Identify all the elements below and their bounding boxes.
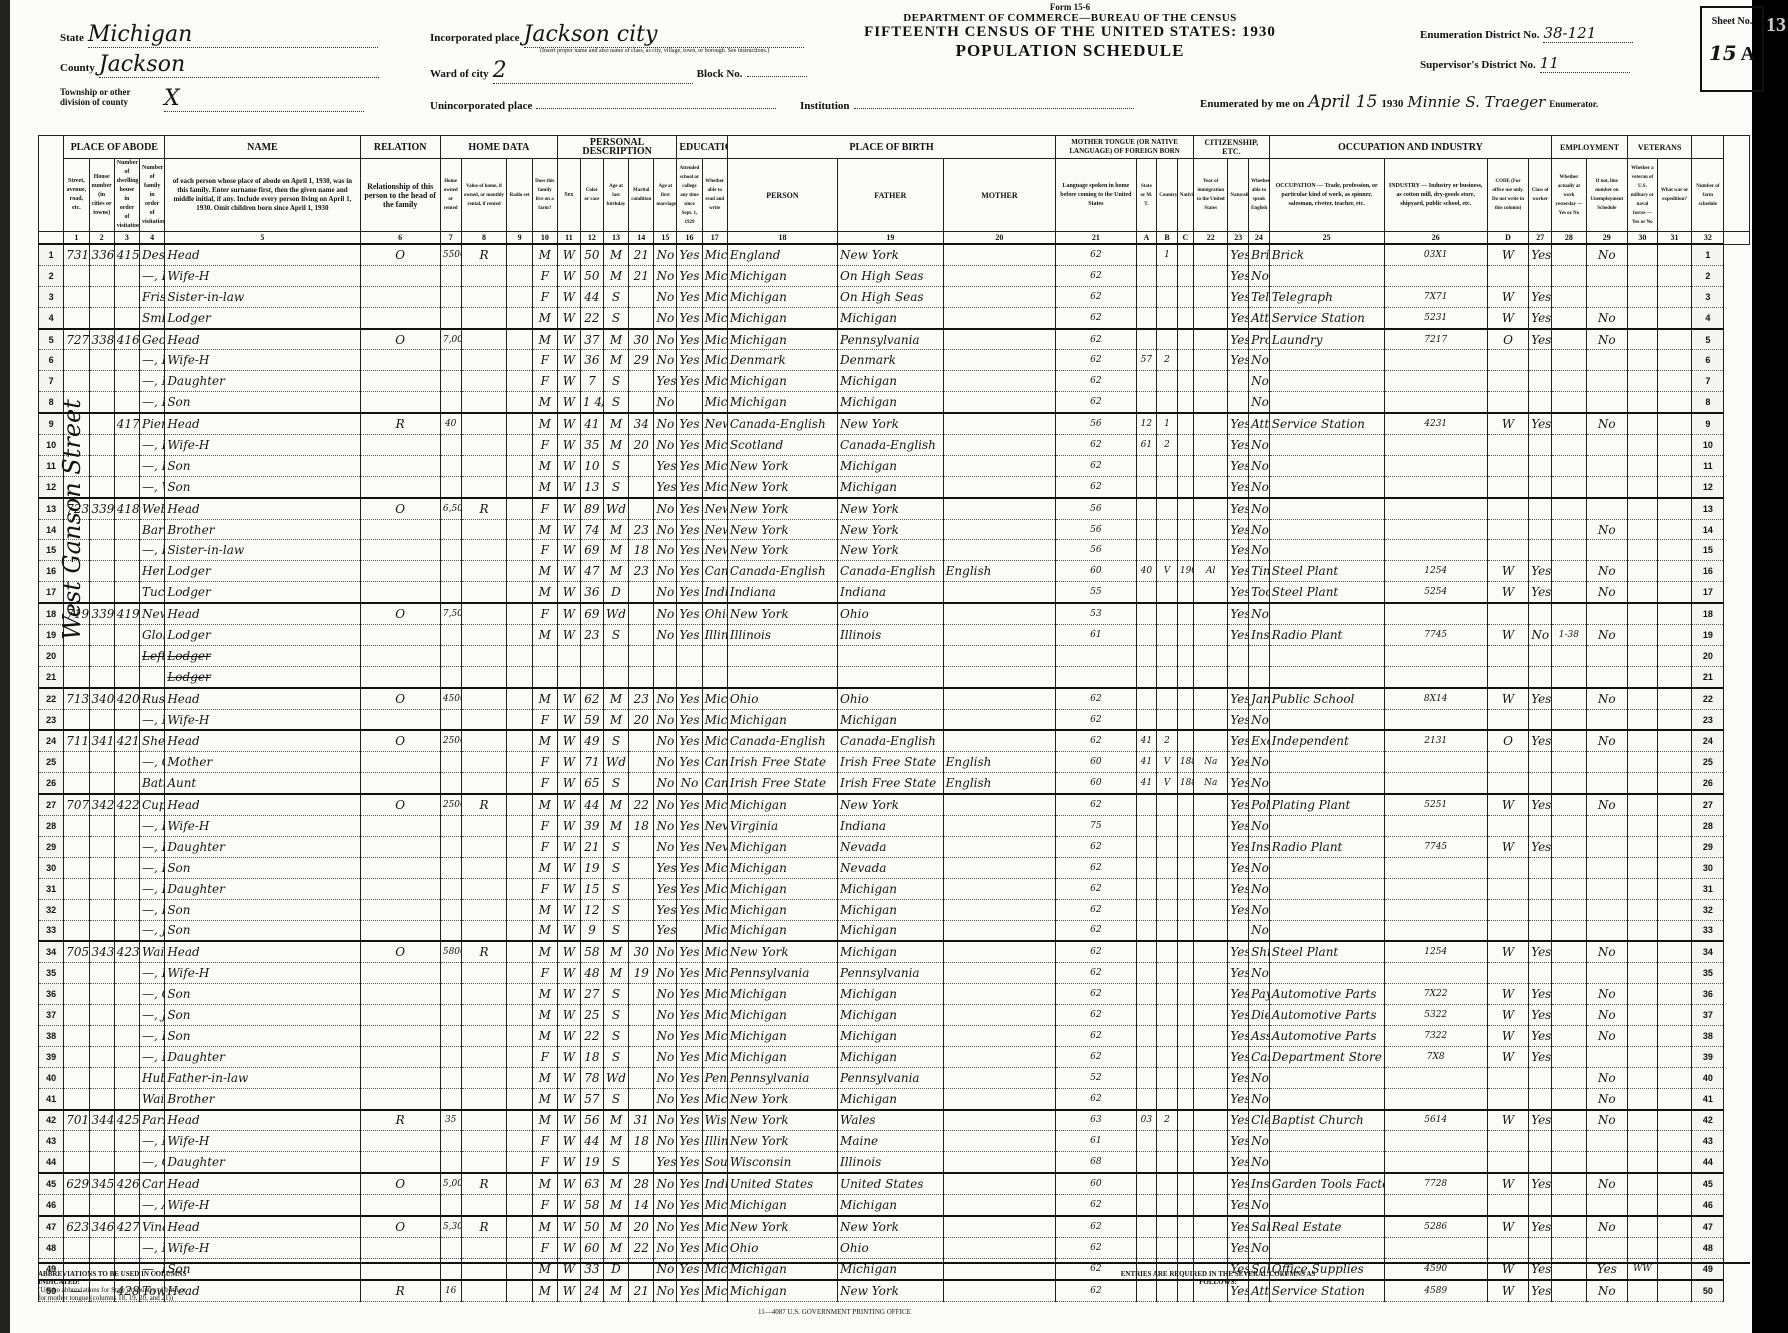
- cell-immig: [1177, 836, 1193, 857]
- cell-school: [654, 645, 677, 666]
- cell-english: Yes: [1228, 540, 1249, 561]
- cell-natur: [1193, 603, 1227, 624]
- cell-relation: Son: [165, 1005, 360, 1026]
- cell-code-b: [1136, 1131, 1157, 1152]
- cell-birth-mother: Michigan: [838, 709, 944, 730]
- cell-race: W: [557, 730, 580, 751]
- line-number: 33: [39, 920, 64, 941]
- table-row: 17Tucker, RalphLodgerMW36DNoYesIndianaIn…: [39, 582, 1750, 603]
- cell-war: [1627, 773, 1657, 794]
- cell-code-b: [1136, 941, 1157, 962]
- cell-age: 63: [580, 1173, 603, 1194]
- cell-code-b: [1136, 392, 1157, 413]
- cell-name: Vinal, Victor T.: [140, 1216, 165, 1237]
- ed-label: Enumeration District No.: [1420, 29, 1539, 41]
- cell-dwelling: [89, 1005, 114, 1026]
- line-number: 26: [39, 773, 64, 794]
- cell-farm: [507, 498, 532, 519]
- cell-natur: [1193, 984, 1227, 1005]
- cell-radio: [461, 329, 507, 350]
- line-number: 40: [39, 1067, 64, 1088]
- cell-farm: [507, 1025, 532, 1046]
- cell-owned: [360, 392, 440, 413]
- line-number-right: 21: [1692, 666, 1724, 687]
- cell-marital: S: [603, 773, 628, 794]
- cell-war: [1627, 1088, 1657, 1109]
- cell-birth-mother: Michigan: [838, 307, 944, 328]
- line-number-right: 19: [1692, 625, 1724, 646]
- cell-class: W: [1487, 582, 1528, 603]
- cell-class: [1487, 920, 1528, 941]
- colno: 19: [838, 232, 944, 245]
- cell-owned: O: [360, 688, 440, 709]
- table-row: 15—, Emma E.Sister-in-lawFW69M18NoYesNew…: [39, 540, 1750, 561]
- cell-dwelling: [89, 265, 114, 286]
- cell-age-marr: 20: [629, 709, 654, 730]
- cell-birth-person: Michigan: [702, 794, 727, 815]
- col-sex: Sex: [557, 159, 580, 232]
- cell-occupation: Timekeeper: [1249, 561, 1270, 582]
- cell-language: [943, 392, 1056, 413]
- cell-dwelling: 342: [89, 794, 114, 815]
- cell-class: [1487, 645, 1528, 666]
- table-row: 33—, Jack M.SonMW9SYesMichiganMichiganMi…: [39, 920, 1750, 941]
- cell-farm-sched: [1657, 307, 1691, 328]
- cell-radio: [461, 1046, 507, 1067]
- cell-farm: [507, 920, 532, 941]
- cell-veteran: [1586, 666, 1627, 687]
- cell-birth-mother: Indiana: [838, 582, 944, 603]
- cell-english: Yes: [1228, 1237, 1249, 1258]
- table-row: 47623346427Vinal, Victor T.HeadO5,300RMW…: [39, 1216, 1750, 1237]
- cell-age-marr: 29: [629, 350, 654, 371]
- col-veteran: Whether a veteran of U.S. military or na…: [1627, 159, 1657, 232]
- cell-age: 78: [580, 1067, 603, 1088]
- cell-code-b: [1136, 709, 1157, 730]
- cell-owned: O: [360, 1173, 440, 1194]
- cell-birth-mother: Wales: [838, 1110, 944, 1131]
- cell-immig: [1177, 519, 1193, 540]
- cell-farm: [507, 666, 532, 687]
- cell-age-marr: 28: [629, 1173, 654, 1194]
- cell-birth-father: Indiana: [727, 582, 837, 603]
- cell-code-b: [1136, 286, 1157, 307]
- cell-radio: [461, 455, 507, 476]
- cell-industry: [1269, 455, 1384, 476]
- cell-school: No: [654, 350, 677, 371]
- cell-code-c: [1157, 1195, 1178, 1216]
- cell-race: W: [557, 392, 580, 413]
- cell-value: [440, 265, 461, 286]
- cell-industry: [1269, 265, 1384, 286]
- colno: 17: [702, 232, 727, 245]
- cell-occupation: Telephone Clerk: [1249, 286, 1270, 307]
- line-number: 39: [39, 1046, 64, 1067]
- cell-house: [64, 1237, 89, 1258]
- table-row: 1731336415Desbyshire, JeromeHeadO5500RMW…: [39, 244, 1750, 265]
- cell-birth-mother: Michigan: [838, 392, 944, 413]
- cell-age-marr: [629, 603, 654, 624]
- cell-relation: Wife-H: [165, 1131, 360, 1152]
- cell-english: Yes: [1228, 963, 1249, 984]
- cell-birth-father: New York: [727, 519, 837, 540]
- cell-language: [943, 265, 1056, 286]
- sheet-side: A: [1741, 43, 1755, 65]
- cell-school: No: [654, 519, 677, 540]
- cell-birth-father: Michigan: [727, 794, 837, 815]
- cell-industry: Public School: [1269, 688, 1384, 709]
- state-field: State Michigan: [60, 22, 400, 48]
- cell-natur: [1193, 836, 1227, 857]
- cell-industry: Steel Plant: [1269, 941, 1384, 962]
- cell-industry: [1269, 1088, 1384, 1109]
- cell-radio: [461, 709, 507, 730]
- cell-relation: Daughter: [165, 371, 360, 392]
- cell-code-d: [1384, 963, 1487, 984]
- cell-age: 22: [580, 1025, 603, 1046]
- cell-industry: Telegraph: [1269, 286, 1384, 307]
- cell-english: [1228, 666, 1249, 687]
- line-number-right: 45: [1692, 1173, 1724, 1194]
- cell-age: 69: [580, 603, 603, 624]
- cell-birth-person: [702, 645, 727, 666]
- cell-occupation: None: [1249, 709, 1270, 730]
- cell-code-a: 56: [1056, 413, 1136, 434]
- cell-english: Yes: [1228, 329, 1249, 350]
- cell-immig: [1177, 1005, 1193, 1026]
- cell-marital: S: [603, 1025, 628, 1046]
- cell-unemp: [1552, 899, 1586, 920]
- cell-owned: O: [360, 329, 440, 350]
- cell-code-a: 62: [1056, 878, 1136, 899]
- cell-birth-mother: United States: [838, 1173, 944, 1194]
- cell-industry: Steel Plant: [1269, 582, 1384, 603]
- cell-radio: [461, 476, 507, 497]
- cell-age-marr: 18: [629, 1131, 654, 1152]
- cell-read: Yes: [677, 984, 702, 1005]
- line-number: 3: [39, 286, 64, 307]
- cell-code-d: 7X71: [1384, 286, 1487, 307]
- cell-birth-father: Michigan: [727, 920, 837, 941]
- cell-language: [943, 816, 1056, 837]
- cell-value: 4500: [440, 688, 461, 709]
- cell-name: —, Mabel M.: [140, 1046, 165, 1067]
- cell-age-marr: [629, 392, 654, 413]
- cell-name: —, Jack M.: [140, 920, 165, 941]
- line-number-right: 3: [1692, 286, 1724, 307]
- cell-dwelling: [89, 582, 114, 603]
- cell-dwelling: [89, 392, 114, 413]
- cell-birth-person: Canada-English: [702, 752, 727, 773]
- cell-family: 425: [114, 1110, 139, 1131]
- line-number-right: 28: [1692, 816, 1724, 837]
- cell-immig: [1177, 1088, 1193, 1109]
- cell-age: 60: [580, 1237, 603, 1258]
- cell-birth-father: Irish Free State: [727, 752, 837, 773]
- cell-occupation: Attendant: [1249, 413, 1270, 434]
- cell-radio: [461, 752, 507, 773]
- cell-code-b: [1136, 625, 1157, 646]
- cell-farm-sched: [1657, 519, 1691, 540]
- cell-relation: Brother: [165, 519, 360, 540]
- cell-war: [1627, 413, 1657, 434]
- line-number-right: 13: [1692, 498, 1724, 519]
- cell-immig: [1177, 899, 1193, 920]
- cell-marital: S: [603, 392, 628, 413]
- cell-class: [1487, 752, 1528, 773]
- cell-owned: [360, 540, 440, 561]
- cell-code-b: [1136, 1046, 1157, 1067]
- cell-farm: [507, 603, 532, 624]
- cell-code-a: 62: [1056, 836, 1136, 857]
- cell-industry: [1269, 392, 1384, 413]
- cell-school: Yes: [654, 899, 677, 920]
- cell-age: 58: [580, 1195, 603, 1216]
- cell-at-work: [1529, 1088, 1552, 1109]
- cell-radio: [461, 286, 507, 307]
- cell-school: No: [654, 1195, 677, 1216]
- cell-occupation: [1249, 645, 1270, 666]
- table-row: 19Globle, LeoLodgerMW23SNoYesIllinoisIll…: [39, 625, 1750, 646]
- cell-immig: [1177, 816, 1193, 837]
- cell-code-a: 62: [1056, 455, 1136, 476]
- cell-war: [1627, 963, 1657, 984]
- cell-house: [64, 286, 89, 307]
- cell-radio: [461, 984, 507, 1005]
- cell-occupation: None: [1249, 476, 1270, 497]
- cell-house: [64, 1025, 89, 1046]
- cell-at-work: [1529, 498, 1552, 519]
- cell-language: [943, 455, 1056, 476]
- cell-birth-mother: Illinois: [838, 625, 944, 646]
- cell-industry: Radio Plant: [1269, 836, 1384, 857]
- line-number: 38: [39, 1025, 64, 1046]
- cell-value: [440, 1067, 461, 1088]
- cell-house: 701: [64, 1110, 89, 1131]
- cell-relation: Father-in-law: [165, 1067, 360, 1088]
- cell-radio: [461, 265, 507, 286]
- cell-school: No: [654, 413, 677, 434]
- cell-owned: [360, 455, 440, 476]
- cell-code-c: 2: [1157, 1110, 1178, 1131]
- cell-code-d: [1384, 455, 1487, 476]
- table-row: 24711341421Sheridan, JosephHeadO2500MW49…: [39, 730, 1750, 751]
- cell-immig: [1177, 709, 1193, 730]
- cell-code-b: [1136, 582, 1157, 603]
- cell-school: No: [654, 540, 677, 561]
- cell-marital: M: [603, 265, 628, 286]
- cell-marital: M: [603, 1216, 628, 1237]
- cell-code-b: 61: [1136, 435, 1157, 456]
- cell-school: No: [654, 329, 677, 350]
- cell-read: Yes: [677, 286, 702, 307]
- cell-war: [1627, 603, 1657, 624]
- line-number: 43: [39, 1131, 64, 1152]
- cell-class: [1487, 540, 1528, 561]
- cell-farm: [507, 1067, 532, 1088]
- cell-relation: Lodger: [165, 561, 360, 582]
- cell-owned: [360, 645, 440, 666]
- cell-at-work: Yes: [1529, 1216, 1552, 1237]
- cell-birth-mother: Canada-English: [838, 730, 944, 751]
- cell-sex: M: [532, 561, 557, 582]
- line-number: 30: [39, 857, 64, 878]
- cell-relation: Son: [165, 984, 360, 1005]
- cell-family: 419: [114, 603, 139, 624]
- cell-race: W: [557, 455, 580, 476]
- cell-race: W: [557, 371, 580, 392]
- cell-at-work: [1529, 519, 1552, 540]
- cell-code-b: [1136, 455, 1157, 476]
- cell-dwelling: 341: [89, 730, 114, 751]
- cell-english: Yes: [1228, 941, 1249, 962]
- cell-code-a: 62: [1056, 857, 1136, 878]
- cell-house: [64, 836, 89, 857]
- table-row: 7—, Mildred A.DaughterFW7SYesYesMichigan…: [39, 371, 1750, 392]
- cell-birth-person: Michigan: [702, 392, 727, 413]
- cell-occupation: Excavating: [1249, 730, 1270, 751]
- cell-farm-sched: [1657, 752, 1691, 773]
- cell-birth-person: New York: [702, 498, 727, 519]
- cell-code-c: [1157, 878, 1178, 899]
- cell-read: Yes: [677, 371, 702, 392]
- cell-birth-father: [727, 666, 837, 687]
- line-number-right: 14: [1692, 519, 1724, 540]
- cell-birth-mother: Illinois: [838, 1152, 944, 1173]
- cell-value: [440, 984, 461, 1005]
- cell-language: [943, 1131, 1056, 1152]
- cell-farm: [507, 794, 532, 815]
- cell-immig: [1177, 265, 1193, 286]
- cell-veteran: [1586, 435, 1627, 456]
- cell-unemp: [1552, 941, 1586, 962]
- cell-at-work: [1529, 666, 1552, 687]
- cell-birth-person: Michigan: [702, 963, 727, 984]
- cell-radio: [461, 519, 507, 540]
- cell-owned: O: [360, 730, 440, 751]
- colno: 31: [1657, 232, 1691, 245]
- col-name: of each person whose place of abode on A…: [165, 159, 360, 232]
- cell-veteran: [1586, 603, 1627, 624]
- cell-read: Yes: [677, 963, 702, 984]
- cell-relation: Brother: [165, 1088, 360, 1109]
- cell-code-a: 62: [1056, 1216, 1136, 1237]
- cell-dwelling: 343: [89, 941, 114, 962]
- cell-value: 2500: [440, 794, 461, 815]
- cell-class: W: [1487, 1005, 1528, 1026]
- cell-radio: [461, 1025, 507, 1046]
- cell-code-d: [1384, 1237, 1487, 1258]
- cell-school: No: [654, 941, 677, 962]
- cell-english: Yes: [1228, 984, 1249, 1005]
- cell-english: Yes: [1228, 625, 1249, 646]
- cell-birth-person: Michigan: [702, 857, 727, 878]
- cell-family: [114, 1067, 139, 1088]
- cell-industry: Brick: [1269, 244, 1384, 265]
- cell-read: Yes: [677, 878, 702, 899]
- cell-code-b: [1136, 666, 1157, 687]
- cell-at-work: [1529, 1152, 1552, 1173]
- col-naturalization: Naturalization: [1228, 159, 1249, 232]
- cell-natur: [1193, 878, 1227, 899]
- cell-farm: [507, 244, 532, 265]
- cell-unemp: [1552, 435, 1586, 456]
- cell-code-c: [1157, 899, 1178, 920]
- cell-at-work: Yes: [1529, 244, 1552, 265]
- cell-owned: [360, 1131, 440, 1152]
- cell-code-c: [1157, 476, 1178, 497]
- cell-immig: [1177, 307, 1193, 328]
- cell-language: English: [943, 752, 1056, 773]
- cell-birth-father: Scotland: [727, 435, 837, 456]
- enumeration-district-field: Enumeration District No. 38-121: [1420, 24, 1690, 43]
- group-personal-description: PERSONAL DESCRIPTION: [557, 136, 676, 159]
- cell-farm-sched: [1657, 603, 1691, 624]
- table-row: 43—, Minnie B.Wife-HFW44M18NoYesIllinois…: [39, 1131, 1750, 1152]
- cell-read: Yes: [677, 350, 702, 371]
- cell-house: 731: [64, 244, 89, 265]
- cell-farm: [507, 645, 532, 666]
- cell-house: [64, 1088, 89, 1109]
- cell-read: Yes: [677, 709, 702, 730]
- cell-owned: [360, 625, 440, 646]
- cell-birth-mother: Michigan: [838, 1025, 944, 1046]
- cell-code-a: 60: [1056, 1173, 1136, 1194]
- line-number: 41: [39, 1088, 64, 1109]
- cell-sex: F: [532, 773, 557, 794]
- cell-natur: [1193, 1046, 1227, 1067]
- cell-immig: [1177, 1237, 1193, 1258]
- cell-relation: Daughter: [165, 1046, 360, 1067]
- cell-age: 22: [580, 307, 603, 328]
- state-value: Michigan: [88, 22, 378, 48]
- cell-code-c: [1157, 1216, 1178, 1237]
- cell-code-c: 1: [1157, 413, 1178, 434]
- cell-farm: [507, 1173, 532, 1194]
- cell-code-c: [1157, 498, 1178, 519]
- cell-language: [943, 857, 1056, 878]
- cell-occupation: Clergyman: [1249, 1110, 1270, 1131]
- group-mother-tongue: MOTHER TONGUE (OR NATIVE LANGUAGE) OF FO…: [1056, 136, 1194, 159]
- cell-immig: [1177, 350, 1193, 371]
- cell-class: W: [1487, 1110, 1528, 1131]
- colno: 12: [580, 232, 603, 245]
- cell-code-c: [1157, 666, 1178, 687]
- cell-farm-sched: [1657, 963, 1691, 984]
- cell-code-d: [1384, 476, 1487, 497]
- table-row: 32—, Ralph H.SonMW12SYesYesMichiganMichi…: [39, 899, 1750, 920]
- incorporated-hint: (Insert proper name and also name of cla…: [540, 48, 850, 54]
- cell-age-marr: [629, 836, 654, 857]
- cell-birth-person: Michigan: [702, 688, 727, 709]
- cell-race: W: [557, 1005, 580, 1026]
- cell-code-b: 41: [1136, 752, 1157, 773]
- cell-age: 47: [580, 561, 603, 582]
- cell-english: Yes: [1228, 519, 1249, 540]
- cell-dwelling: [89, 519, 114, 540]
- cell-language: [943, 625, 1056, 646]
- col-dwelling: Number of dwelling house in order of vis…: [114, 159, 139, 232]
- cell-immig: [1177, 329, 1193, 350]
- cell-occupation: None: [1249, 1195, 1270, 1216]
- cell-immig: [1177, 1110, 1193, 1131]
- cell-farm-sched: [1657, 561, 1691, 582]
- cell-unemp: [1552, 307, 1586, 328]
- cell-farm: [507, 857, 532, 878]
- cell-code-d: 5231: [1384, 307, 1487, 328]
- cell-age: 39: [580, 816, 603, 837]
- col-family: Number of family in order of visitation: [140, 159, 165, 232]
